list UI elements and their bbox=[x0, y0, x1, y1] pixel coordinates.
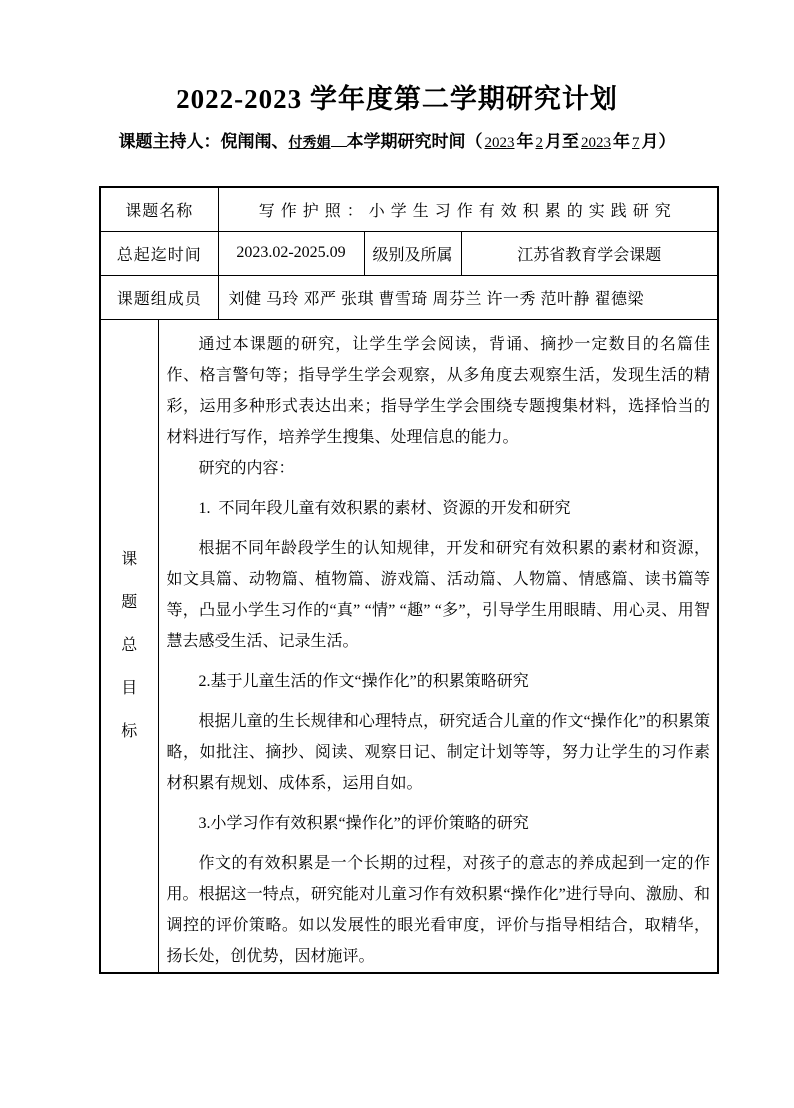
table-row-duration-level: 总起迄时间 2023.02-2025.09 级别及所属 江苏省教育学会课题 bbox=[100, 231, 718, 275]
goal-paragraph: 研究的内容： bbox=[167, 453, 711, 484]
goal-label-char: 标 bbox=[121, 710, 137, 753]
subtitle-unit1: 年 bbox=[517, 132, 534, 151]
goal-paragraph: 根据儿童的生长规律和心理特点，研究适合儿童的作文“操作化”的积累策略，如批注、摘… bbox=[167, 706, 711, 799]
goal-label-char: 总 bbox=[121, 624, 137, 667]
goal-label-char: 题 bbox=[121, 581, 137, 624]
level-label-cell: 级别及所属 bbox=[364, 231, 461, 275]
goal-body: 通过本课题的研究，让学生学会阅读，背诵、摘抄一定数目的名篇佳作、格言警句等；指导… bbox=[167, 329, 711, 972]
subtitle-leader-label: 课题主持人：倪闱闱、 bbox=[119, 132, 289, 151]
members-value-cell: 刘健 马玲 邓严 张琪 曹雪琦 周芬兰 许一秀 范叶静 翟德梁 bbox=[218, 275, 718, 319]
goal-paragraph: 2.基于儿童生活的作文“操作化”的积累策略研究 bbox=[167, 666, 711, 697]
goal-label-cell: 课 题 总 目 标 bbox=[100, 319, 158, 973]
goal-body-cell: 通过本课题的研究，让学生学会阅读，背诵、摘抄一定数目的名篇佳作、格言警句等；指导… bbox=[158, 319, 718, 973]
document-title: 2022-2023 学年度第二学期研究计划 bbox=[0, 0, 794, 116]
subtitle-unit3: 年 bbox=[613, 132, 630, 151]
goal-label-char: 目 bbox=[121, 667, 137, 710]
table-row-topic: 课题名称 写作护照：小学生习作有效积累的实践研究 bbox=[100, 187, 718, 231]
subtitle-leader-name2: 付秀娟 bbox=[289, 136, 331, 151]
subtitle-unit4: 月） bbox=[642, 132, 676, 151]
duration-value-cell: 2023.02-2025.09 bbox=[218, 231, 364, 275]
goal-paragraph: 3.小学习作有效积累“操作化”的评价策略的研究 bbox=[167, 808, 711, 839]
subtitle-year2: 2023 bbox=[579, 135, 613, 151]
document-page: 2022-2023 学年度第二学期研究计划 课题主持人：倪闱闱、付秀娟本学期研究… bbox=[0, 0, 794, 1108]
members-label-cell: 课题组成员 bbox=[100, 275, 218, 319]
research-plan-table: 课题名称 写作护照：小学生习作有效积累的实践研究 总起迄时间 2023.02-2… bbox=[99, 186, 719, 974]
topic-value-cell: 写作护照：小学生习作有效积累的实践研究 bbox=[218, 187, 718, 231]
document-subtitle: 课题主持人：倪闱闱、付秀娟本学期研究时间（2023年2月至2023年7月） bbox=[0, 129, 794, 157]
table-row-goal: 课 题 总 目 标 通过本课题的研究，让学生学会阅读，背诵、摘抄一定数目的名篇佳… bbox=[100, 319, 718, 973]
level-value-cell: 江苏省教育学会课题 bbox=[461, 231, 718, 275]
subtitle-underline-gap bbox=[331, 130, 347, 147]
topic-label-cell: 课题名称 bbox=[100, 187, 218, 231]
goal-paragraph: 根据不同年龄段学生的认知规律，开发和研究有效积累的素材和资源，如文具篇、动物篇、… bbox=[167, 533, 711, 657]
goal-label-char: 课 bbox=[121, 538, 137, 581]
subtitle-unit2: 月至 bbox=[545, 132, 579, 151]
goal-paragraph: 通过本课题的研究，让学生学会阅读，背诵、摘抄一定数目的名篇佳作、格言警句等；指导… bbox=[167, 329, 711, 453]
table-row-members: 课题组成员 刘健 马玲 邓严 张琪 曹雪琦 周芬兰 许一秀 范叶静 翟德梁 bbox=[100, 275, 718, 319]
subtitle-month2: 7 bbox=[630, 135, 642, 151]
goal-paragraph: 1. 不同年段儿童有效积累的素材、资源的开发和研究 bbox=[167, 493, 711, 524]
goal-paragraph: 作文的有效积累是一个长期的过程，对孩子的意志的养成起到一定的作用。根据这一特点，… bbox=[167, 848, 711, 972]
goal-label-vertical: 课 题 总 目 标 bbox=[101, 320, 158, 972]
subtitle-year1: 2023 bbox=[483, 135, 517, 151]
duration-label-cell: 总起迄时间 bbox=[100, 231, 218, 275]
subtitle-time-label: 本学期研究时间（ bbox=[347, 132, 483, 151]
subtitle-month1: 2 bbox=[534, 135, 546, 151]
